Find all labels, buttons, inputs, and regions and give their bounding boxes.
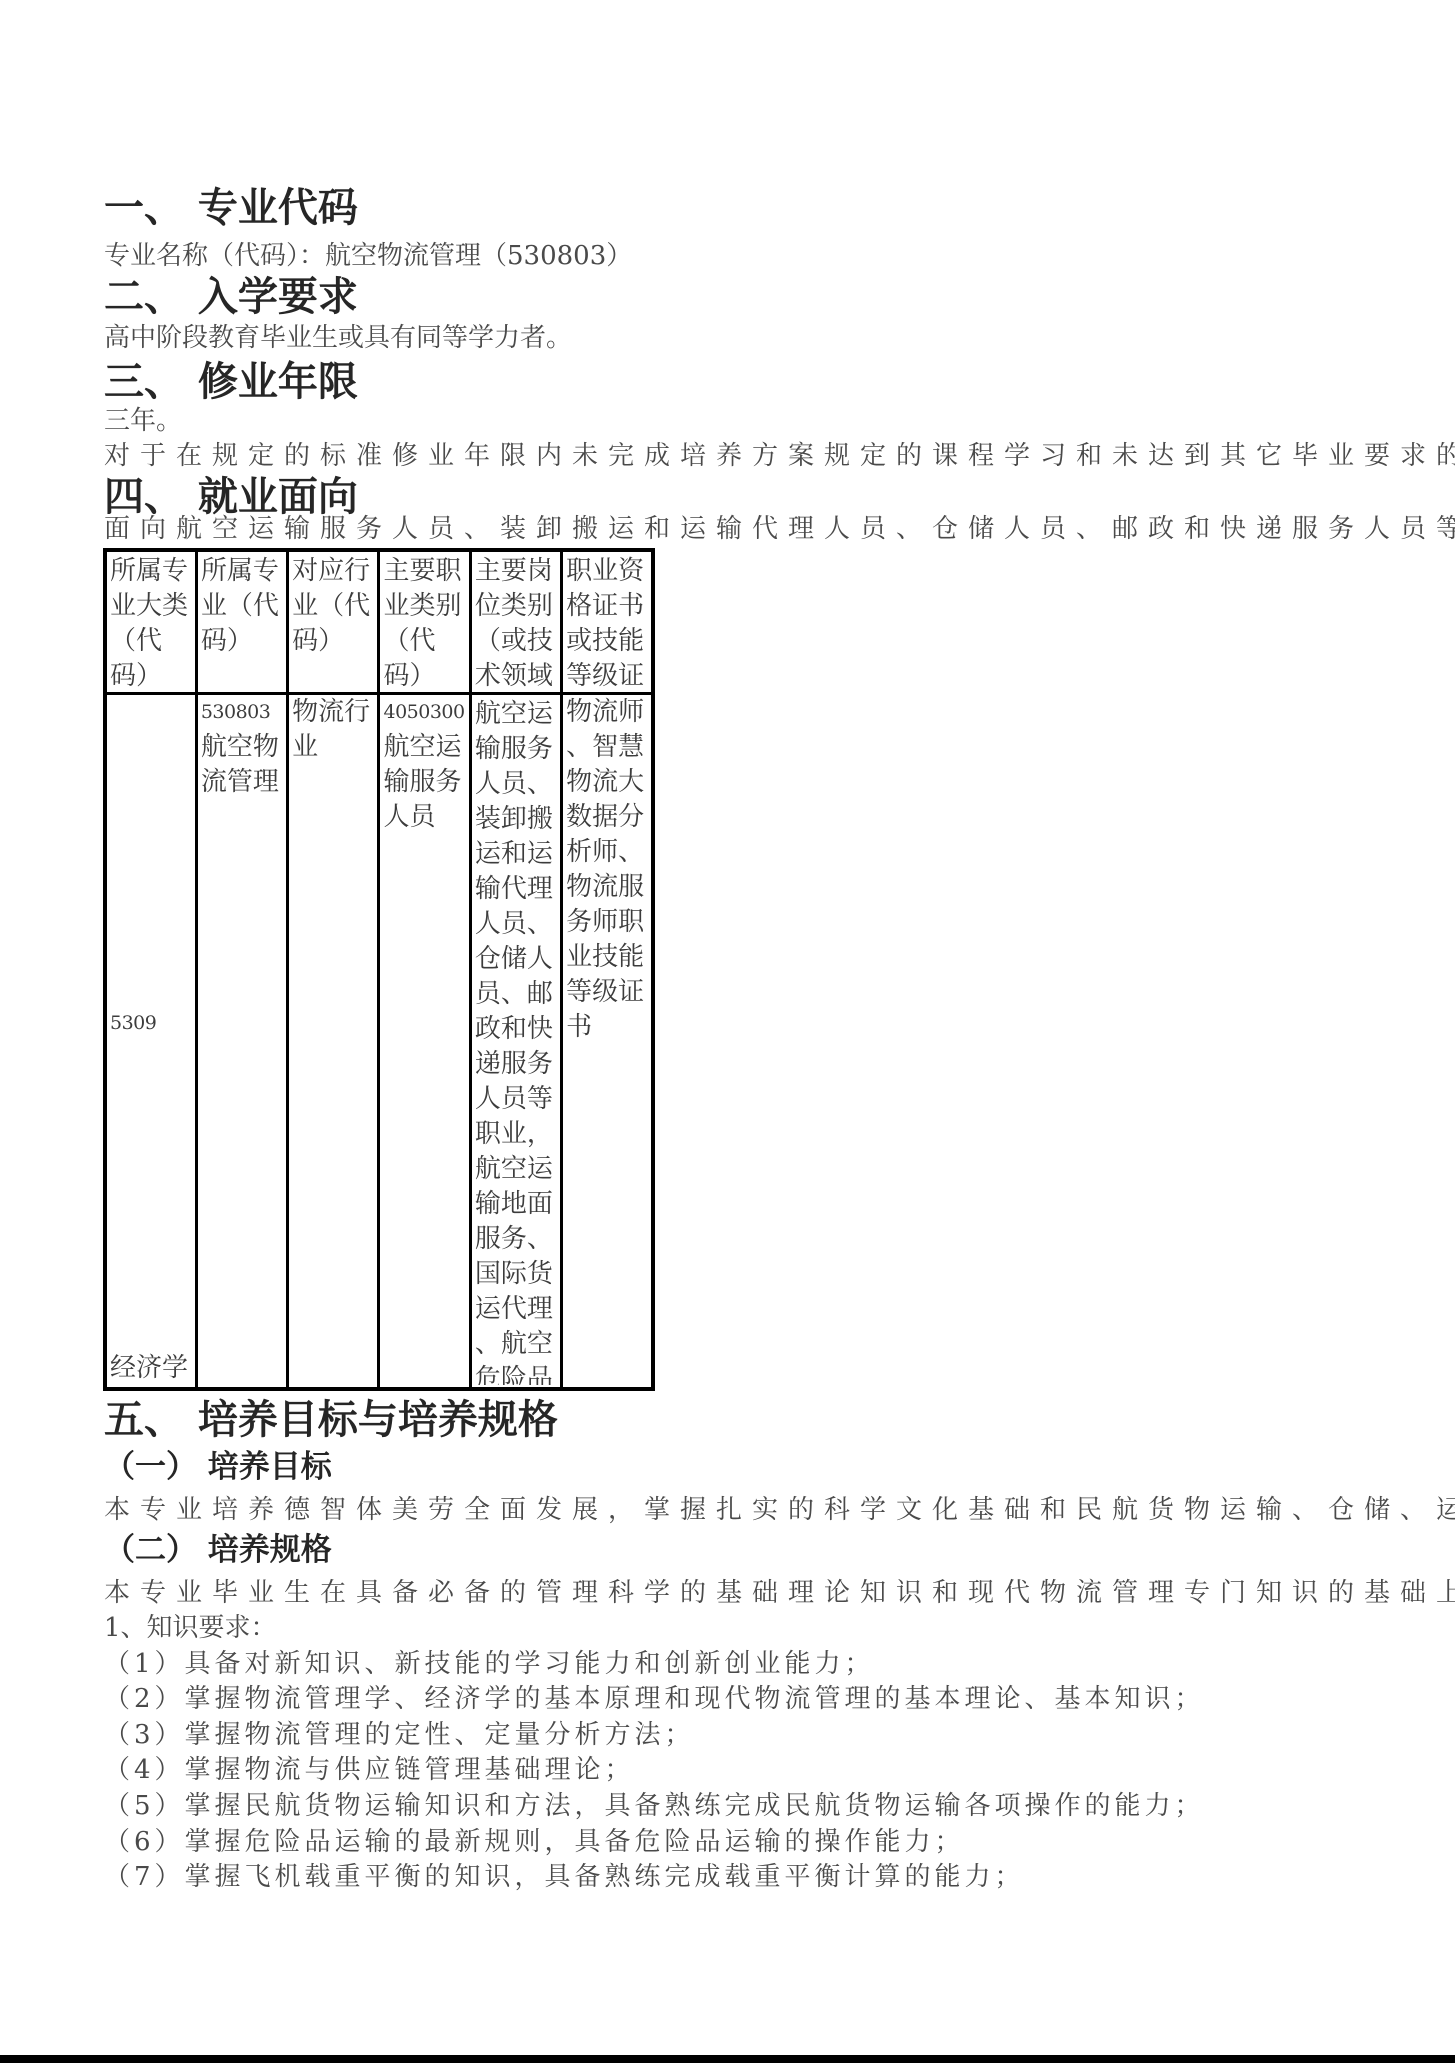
header-category-text: 所属专 业大类 （代 码） <box>110 552 192 692</box>
category-name: 经济学 <box>110 1351 188 1386</box>
knowledge-item-4: （4）掌握物流与供应链管理基础理论； <box>104 1753 1205 1789</box>
certificates-text: 物流师 、智慧 物流大 数据分 析师、 物流服 务师职 业技能 等级证 书 <box>566 695 648 1045</box>
cell-occupation: 4050300 航空运 输服务 人员 <box>379 694 470 1390</box>
occupation-code: 4050300 <box>383 695 465 730</box>
header-positions-text: 主要岗 位类别 （或技 术领域 ） <box>475 552 557 692</box>
cell-category: 5309 经济学 <box>105 694 196 1390</box>
table-row: 5309 经济学 530803 航空物 流管理 物流行 业 4050300 航空… <box>105 694 653 1390</box>
occupation-name: 航空运 输服务 人员 <box>383 730 465 835</box>
major-name-code-line: 专业名称（代码）：航空物流管理（530803） <box>104 238 632 274</box>
header-occupation-text: 主要职 业类别 （代 码） <box>383 552 465 692</box>
cell-industry: 物流行 业 <box>288 694 379 1390</box>
duration-note-line: 对于在规定的标准修业年限内未完成培养方案规定的课程学习和未达到其它毕业要求的 <box>104 438 1455 474</box>
knowledge-item-6: （6）掌握危险品运输的最新规则，具备危险品运输的操作能力； <box>104 1825 1205 1861</box>
major-code: 530803 <box>201 695 283 730</box>
table-header-row: 所属专 业大类 （代 码） 所属专 业（代 码） 对应行 业（代 码） 主要职 … <box>105 550 653 694</box>
knowledge-requirements-list: 1、知识要求： （1）具备对新知识、新技能的学习能力和创新创业能力； （2）掌握… <box>104 1611 1205 1896</box>
training-spec-line: 本专业毕业生在具备必备的管理科学的基础理论知识和现代物流管理专门知识的基础上 <box>104 1575 1455 1611</box>
section-heading-major-code: 一、 专业代码 <box>104 183 358 233</box>
knowledge-intro: 1、知识要求： <box>104 1611 1205 1647</box>
category-code: 5309 <box>110 1006 156 1041</box>
employment-orientation-table: 所属专 业大类 （代 码） 所属专 业（代 码） 对应行 业（代 码） 主要职 … <box>103 548 655 1391</box>
section-heading-admission: 二、 入学要求 <box>104 272 358 322</box>
training-goal-line: 本专业培养德智体美劳全面发展，掌握扎实的科学文化基础和民航货物运输、仓储、运 <box>104 1492 1455 1528</box>
cell-certificates: 物流师 、智慧 物流大 数据分 析师、 物流服 务师职 业技能 等级证 书 <box>562 694 653 1390</box>
section-heading-duration: 三、 修业年限 <box>104 357 358 407</box>
cell-positions: 航空运 输服务 人员、 装卸搬 运和运 输代理 人员、 仓储人 员、邮 政和快 … <box>470 694 561 1390</box>
header-major-text: 所属专 业（代 码） <box>201 552 283 692</box>
knowledge-item-7: （7）掌握飞机载重平衡的知识，具备熟练完成载重平衡计算的能力； <box>104 1860 1205 1896</box>
header-industry-text: 对应行 业（代 码） <box>292 552 374 692</box>
document-page: { "page": { "sections": { "s1": { "headi… <box>0 0 1455 2063</box>
knowledge-item-2: （2）掌握物流管理学、经济学的基本原理和现代物流管理的基本理论、基本知识； <box>104 1682 1205 1718</box>
section-heading-training: 五、 培养目标与培养规格 <box>104 1395 558 1445</box>
duration-line: 三年。 <box>104 403 182 439</box>
cell-major: 530803 航空物 流管理 <box>196 694 287 1390</box>
knowledge-item-1: （1）具备对新知识、新技能的学习能力和创新创业能力； <box>104 1647 1205 1683</box>
bottom-black-bar <box>0 2055 1455 2063</box>
header-major: 所属专 业（代 码） <box>196 550 287 694</box>
knowledge-item-5: （5）掌握民航货物运输知识和方法，具备熟练完成民航货物运输各项操作的能力； <box>104 1789 1205 1825</box>
header-occupation: 主要职 业类别 （代 码） <box>379 550 470 694</box>
industry-name: 物流行 业 <box>292 695 374 765</box>
admission-requirement-line: 高中阶段教育毕业生或具有同等学力者。 <box>104 320 572 356</box>
header-positions: 主要岗 位类别 （或技 术领域 ） <box>470 550 561 694</box>
header-certificates-text: 职业资 格证书 或技能 等级证 书 <box>566 552 648 692</box>
employment-facing-line: 面向航空运输服务人员、装卸搬运和运输代理人员、仓储人员、邮政和快递服务人员等 <box>104 511 1455 547</box>
major-name: 航空物 流管理 <box>201 730 283 800</box>
header-category: 所属专 业大类 （代 码） <box>105 550 196 694</box>
header-certificates: 职业资 格证书 或技能 等级证 书 <box>562 550 653 694</box>
subheading-training-spec: （二） 培养规格 <box>104 1530 332 1570</box>
header-industry: 对应行 业（代 码） <box>288 550 379 694</box>
subheading-training-goal: （一） 培养目标 <box>104 1447 332 1487</box>
positions-text: 航空运 输服务 人员、 装卸搬 运和运 输代理 人员、 仓储人 员、邮 政和快 … <box>475 695 557 1385</box>
knowledge-item-3: （3）掌握物流管理的定性、定量分析方法； <box>104 1718 1205 1754</box>
